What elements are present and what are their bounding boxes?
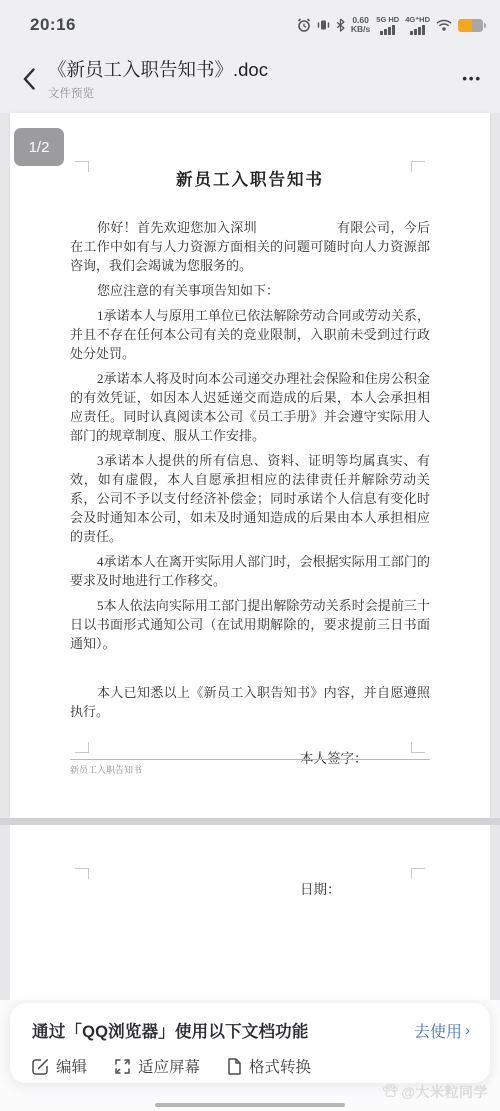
file-preview-label: 文件预览 bbox=[48, 85, 460, 101]
signal-bars-icon bbox=[380, 25, 395, 35]
page-footer: 新员工入职告知书 bbox=[70, 759, 430, 776]
page-corner-mark bbox=[411, 868, 425, 879]
header-titles: 《新员工入职告知书》.doc 文件预览 bbox=[48, 56, 460, 101]
bluetooth-icon bbox=[336, 18, 345, 32]
sim1-signal: 5G HD bbox=[376, 16, 399, 35]
document-actions: 编辑 适应屏幕 格式转换 bbox=[32, 1055, 470, 1077]
promo-title: 通过「QQ浏览器」使用以下文档功能 bbox=[32, 1018, 309, 1042]
document-viewer[interactable]: 新员工入职告知书 你好！首先欢迎您加入深圳 有限公司，今后在工作中如有与人力资源… bbox=[0, 113, 500, 1111]
page-corner-mark bbox=[411, 742, 425, 753]
chevron-right-icon: › bbox=[465, 1022, 470, 1039]
sim2-signal: 4G⁺HD bbox=[405, 16, 430, 35]
edit-action[interactable]: 编辑 bbox=[32, 1055, 87, 1077]
file-preview-header: 《新员工入职告知书》.doc 文件预览 ••• bbox=[0, 50, 500, 113]
document-paragraph: 4承诺本人在离开实际用人部门时，会根据实际用工部门的要求及时地进行工作移交。 bbox=[70, 552, 430, 590]
file-title: 《新员工入职告知书》.doc bbox=[48, 56, 460, 82]
page-corner-mark bbox=[75, 742, 89, 753]
network-speed: 0.60 KB/s bbox=[351, 16, 370, 34]
page-corner-mark bbox=[75, 868, 89, 879]
fit-screen-action[interactable]: 适应屏幕 bbox=[114, 1055, 200, 1077]
footer-rule bbox=[70, 759, 430, 760]
document-paragraph: 3承诺本人提供的所有信息、资料、证明等均属真实、有效，如有虚假，本人自愿承担相应… bbox=[70, 451, 430, 546]
watermark-text: @大米粒同学 bbox=[401, 1082, 488, 1102]
document-paragraph: 您应注意的有关事项告知如下： bbox=[70, 281, 430, 300]
format-convert-action[interactable]: 格式转换 bbox=[227, 1055, 311, 1077]
date-label: 日期： bbox=[10, 825, 490, 898]
vibrate-icon bbox=[317, 18, 330, 32]
status-bar: 20:16 0.60 KB/s 5G HD 4G⁺HD bbox=[0, 0, 500, 50]
home-indicator[interactable] bbox=[155, 1103, 345, 1107]
edit-icon bbox=[32, 1058, 49, 1075]
phone-screen: 20:16 0.60 KB/s 5G HD 4G⁺HD bbox=[0, 0, 500, 1111]
battery-icon bbox=[458, 19, 486, 32]
document-paragraph: 你好！首先欢迎您加入深圳 有限公司，今后在工作中如有与人力资源方面相关的问题可随… bbox=[70, 218, 430, 275]
paw-icon bbox=[382, 1083, 398, 1102]
page-corner-mark bbox=[411, 161, 425, 172]
signal-bars-icon bbox=[410, 25, 425, 35]
clock-time: 20:16 bbox=[30, 15, 76, 35]
page-break-divider bbox=[0, 818, 500, 825]
qq-browser-promo-sheet: 通过「QQ浏览器」使用以下文档功能 去使用 › 编辑 适应屏幕 bbox=[10, 1003, 490, 1083]
watermark: @大米粒同学 bbox=[382, 1082, 488, 1102]
bottom-bar: 通过「QQ浏览器」使用以下文档功能 去使用 › 编辑 适应屏幕 bbox=[0, 1000, 500, 1111]
document-page-1: 新员工入职告知书 你好！首先欢迎您加入深圳 有限公司，今后在工作中如有与人力资源… bbox=[10, 113, 490, 818]
document-title: 新员工入职告知书 bbox=[70, 168, 430, 192]
document-paragraph: 5本人依法向实际用工部门提出解除劳动关系时会提前三十日以书面形式通知公司（在试用… bbox=[70, 596, 430, 653]
fit-screen-icon bbox=[114, 1058, 131, 1075]
document-paragraph: 2承诺本人将及时向本公司递交办理社会保险和住房公积金的有效凭证，如因本人迟延递交… bbox=[70, 369, 430, 445]
alarm-icon bbox=[297, 18, 311, 32]
go-use-button[interactable]: 去使用 › bbox=[414, 1019, 470, 1042]
page-corner-mark bbox=[75, 161, 89, 172]
acknowledgement-paragraph: 本人已知悉以上《新员工入职告知书》内容，并自愿遵照执行。 bbox=[70, 683, 430, 721]
document-paragraph: 1承诺本人与原用工单位已依法解除劳动合同或劳动关系，并且不存在任何本公司有关的竞… bbox=[70, 306, 430, 363]
format-convert-icon bbox=[227, 1058, 242, 1075]
wifi-icon bbox=[436, 19, 452, 31]
more-menu-button[interactable]: ••• bbox=[460, 61, 484, 96]
footer-text: 新员工入职告知书 bbox=[70, 763, 430, 776]
document-body: 新员工入职告知书 你好！首先欢迎您加入深圳 有限公司，今后在工作中如有与人力资源… bbox=[10, 113, 490, 768]
back-button[interactable] bbox=[14, 59, 44, 99]
page-number-badge: 1/2 bbox=[14, 128, 64, 166]
status-icons: 0.60 KB/s 5G HD 4G⁺HD bbox=[297, 16, 486, 35]
